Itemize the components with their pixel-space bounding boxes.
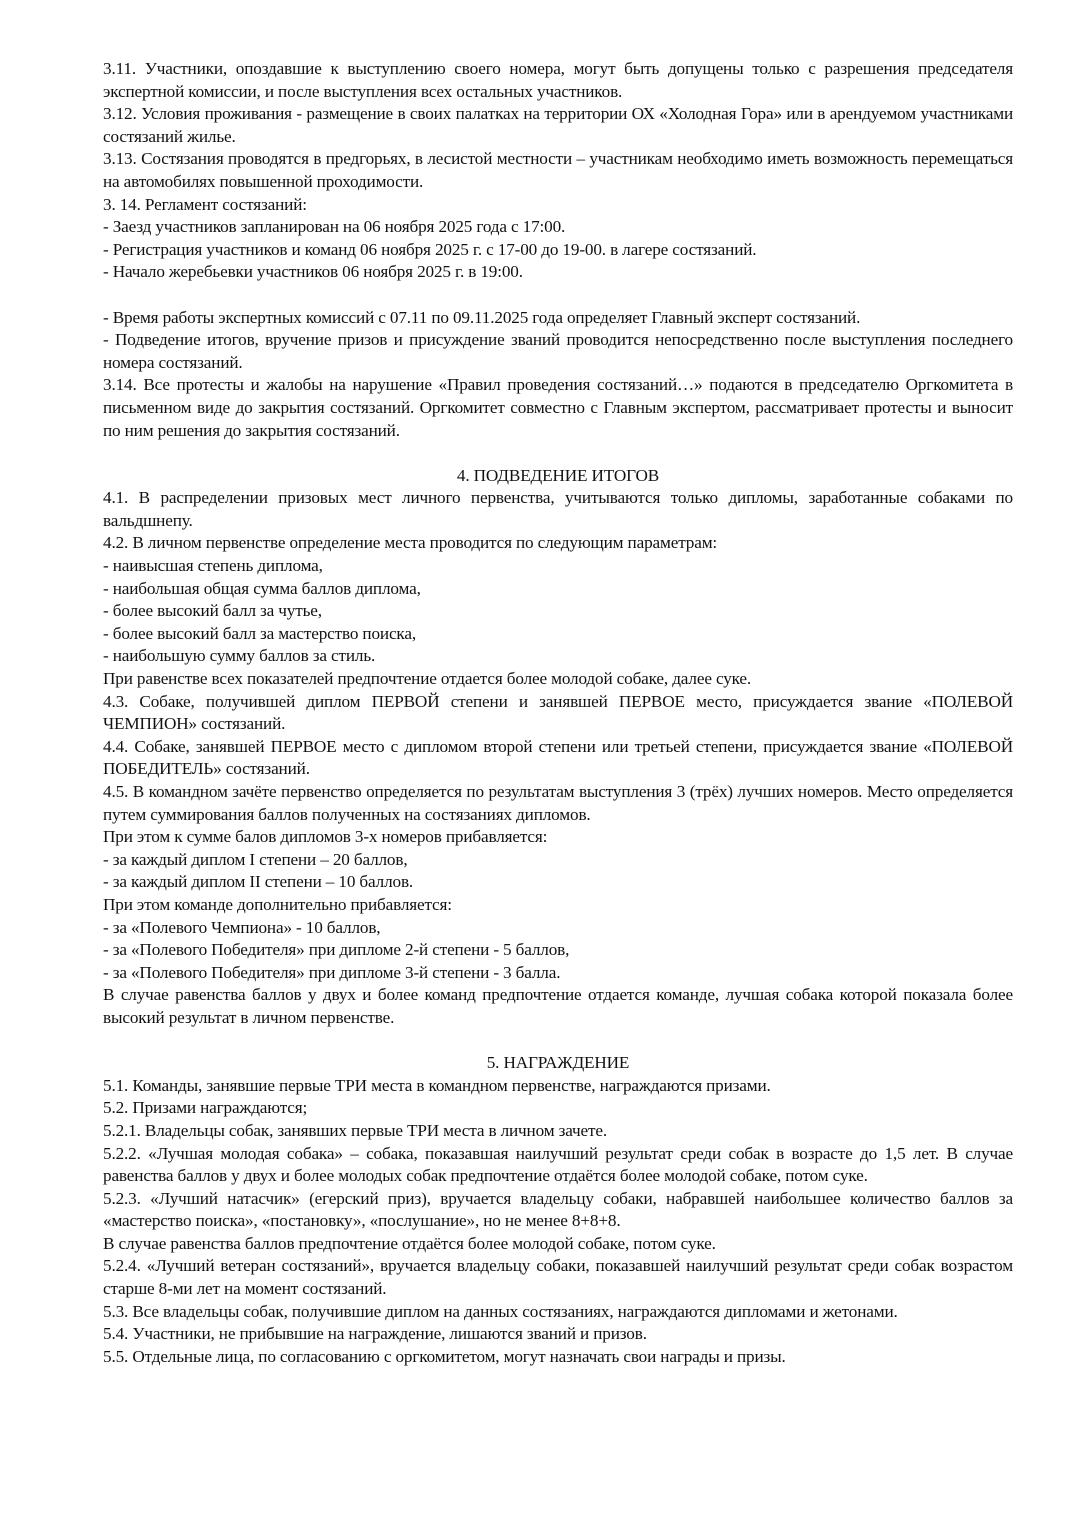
paragraph: При этом к сумме балов дипломов 3-х номе… [103, 826, 1013, 849]
spacer [103, 1030, 1013, 1053]
paragraph: - Начало жеребьевки участников 06 ноября… [103, 261, 1013, 284]
paragraph: В случае равенства баллов у двух и более… [103, 984, 1013, 1029]
paragraph: - наибольшая общая сумма баллов диплома, [103, 578, 1013, 601]
paragraph: 4.5. В командном зачёте первенство опред… [103, 781, 1013, 826]
paragraph: - за «Полевого Победителя» при дипломе 2… [103, 939, 1013, 962]
paragraph: 4.4. Собаке, занявшей ПЕРВОЕ место с дип… [103, 736, 1013, 781]
section-3-tail: 3.11. Участники, опоздавшие к выступлени… [103, 58, 1013, 442]
paragraph: 3.13. Состязания проводятся в предгорьях… [103, 148, 1013, 193]
document-page: 3.11. Участники, опоздавшие к выступлени… [103, 58, 1013, 1368]
paragraph: 5.2.2. «Лучшая молодая собака» – собака,… [103, 1143, 1013, 1188]
spacer [103, 442, 1013, 465]
section-4-heading: 4. ПОДВЕДЕНИЕ ИТОГОВ [103, 465, 1013, 488]
paragraph: - за «Полевого Победителя» при дипломе 3… [103, 962, 1013, 985]
paragraph: - наивысшая степень диплома, [103, 555, 1013, 578]
paragraph: - Время работы экспертных комиссий с 07.… [103, 307, 1013, 330]
paragraph: - Подведение итогов, вручение призов и п… [103, 329, 1013, 374]
paragraph: 4.3. Собаке, получившей диплом ПЕРВОЙ ст… [103, 691, 1013, 736]
paragraph: 5.2.3. «Лучший натасчик» (егерский приз)… [103, 1188, 1013, 1233]
paragraph [103, 284, 1013, 307]
paragraph: - Регистрация участников и команд 06 ноя… [103, 239, 1013, 262]
paragraph: 5.4. Участники, не прибывшие на награжде… [103, 1323, 1013, 1346]
paragraph: - за каждый диплом I степени – 20 баллов… [103, 849, 1013, 872]
paragraph: 5.2. Призами награждаются; [103, 1097, 1013, 1120]
paragraph: 3.11. Участники, опоздавшие к выступлени… [103, 58, 1013, 103]
paragraph: 3.14. Все протесты и жалобы на нарушение… [103, 374, 1013, 442]
section-5-heading: 5. НАГРАЖДЕНИЕ [103, 1052, 1013, 1075]
paragraph: - более высокий балл за чутье, [103, 600, 1013, 623]
paragraph: При равенстве всех показателей предпочте… [103, 668, 1013, 691]
section-5-body: 5.1. Команды, занявшие первые ТРИ места … [103, 1075, 1013, 1369]
section-4-body: 4.1. В распределении призовых мест лично… [103, 487, 1013, 1029]
paragraph: 3.12. Условия проживания - размещение в … [103, 103, 1013, 148]
paragraph: - за каждый диплом II степени – 10 балло… [103, 871, 1013, 894]
paragraph: 5.2.4. «Лучший ветеран состязаний», вруч… [103, 1255, 1013, 1300]
paragraph: При этом команде дополнительно прибавляе… [103, 894, 1013, 917]
paragraph: В случае равенства баллов предпочтение о… [103, 1233, 1013, 1256]
paragraph: 5.5. Отдельные лица, по согласованию с о… [103, 1346, 1013, 1369]
paragraph: - за «Полевого Чемпиона» - 10 баллов, [103, 917, 1013, 940]
paragraph: - более высокий балл за мастерство поиск… [103, 623, 1013, 646]
paragraph: 3. 14. Регламент состязаний: [103, 194, 1013, 217]
paragraph: 5.3. Все владельцы собак, получившие дип… [103, 1301, 1013, 1324]
paragraph: 5.2.1. Владельцы собак, занявших первые … [103, 1120, 1013, 1143]
paragraph: 4.2. В личном первенстве определение мес… [103, 532, 1013, 555]
paragraph: - наибольшую сумму баллов за стиль. [103, 645, 1013, 668]
paragraph: 4.1. В распределении призовых мест лично… [103, 487, 1013, 532]
paragraph: - Заезд участников запланирован на 06 но… [103, 216, 1013, 239]
paragraph: 5.1. Команды, занявшие первые ТРИ места … [103, 1075, 1013, 1098]
